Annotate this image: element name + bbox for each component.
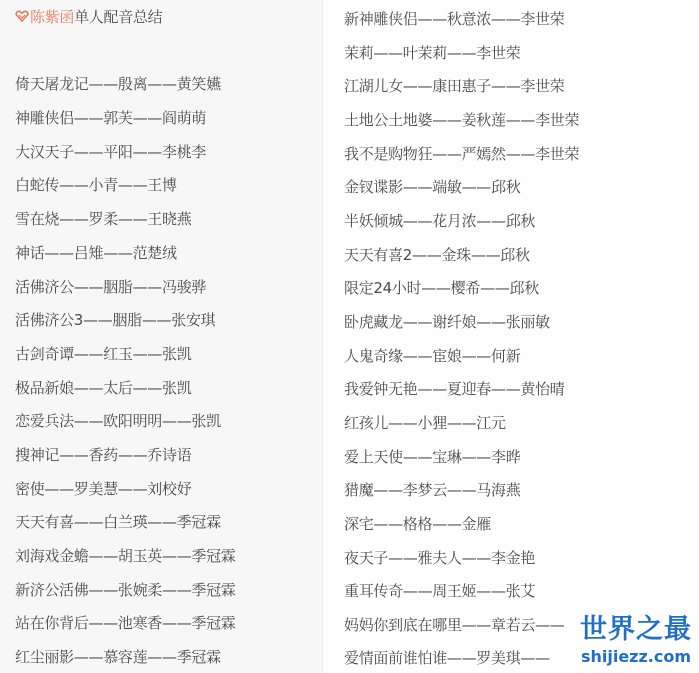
list-item: 新济公活佛——张婉柔——季冠霖 [15,580,236,600]
list-item: 古剑奇谭——红玉——张凯 [15,344,191,364]
list-item: 倚天屠龙记——殷离——黄笑嬿 [15,74,221,94]
heart-diamond-icon [15,8,29,22]
list-item: 我不是购物狂——严嫣然——李世荣 [344,144,579,164]
list-item: 妈妈你到底在哪里——章若云—— [344,615,565,635]
list-item: 深宅——格格——金雁 [344,514,491,534]
list-item: 刘海戏金蟾——胡玉英——季冠霖 [15,546,236,566]
list-item: 猎魔——李梦云——马海燕 [344,480,520,500]
list-item: 重耳传奇——周王姬——张艾 [344,581,535,601]
list-item: 夜天子——雅夫人——李金艳 [344,548,535,568]
list-item: 极品新娘——太后——张凯 [15,378,191,398]
list-item: 金钗谍影——端敏——邱秋 [344,177,520,197]
watermark-logo: 世界之最 shijiezz.com [577,614,695,670]
list-item: 大汉天子——平阳——李桃李 [15,142,206,162]
list-item: 新神雕侠侣——秋意浓——李世荣 [344,9,565,29]
list-item: 天天有喜2——金珠——邱秋 [344,245,530,265]
list-item: 神雕侠侣——郭芙——阎萌萌 [15,108,206,128]
list-item: 限定24小时——樱希——邱秋 [344,278,539,298]
list-item: 密使——罗美慧——刘校妤 [15,479,191,499]
list-item: 半妖倾城——花月浓——邱秋 [344,211,535,231]
list-item: 活佛济公3——胭脂——张安琪 [15,310,215,330]
list-item: 神话——吕雉——范楚绒 [15,243,177,263]
list-item: 雪在烧——罗柔——王晓燕 [15,209,191,229]
list-item: 爱情面前谁怕谁——罗美琪—— [344,648,550,668]
list-item: 恋爱兵法——欧阳明明——张凯 [15,411,221,431]
list-item: 土地公土地婆——姜秋莲——李世荣 [344,110,579,130]
list-item: 天天有喜——白兰瑛——季冠霖 [15,512,221,532]
list-item: 站在你背后——池寒香——季冠霖 [15,613,236,633]
actress-name: 陈紫函 [30,8,74,26]
list-item: 搜神记——香药——乔诗语 [15,445,191,465]
page-heading: 陈紫函单人配音总结 [15,7,162,27]
list-item: 江湖儿女——康田惠子——李世荣 [344,76,565,96]
list-item: 卧虎藏龙——谢纤娘——张丽敏 [344,312,550,332]
list-item: 爱上天使——宝琳——李晔 [344,447,520,467]
watermark-url: shijiezz.com [577,647,695,667]
watermark-cn: 世界之最 [577,614,695,646]
list-item: 活佛济公——胭脂——冯骏骅 [15,277,206,297]
list-item: 红尘丽影——慕容莲——季冠霖 [15,647,221,667]
heading-suffix: 单人配音总结 [74,8,162,26]
right-column: 新神雕侠侣——秋意浓——李世荣 茉莉——叶茉莉——李世荣 江湖儿女——康田惠子—… [323,0,699,673]
list-item: 茉莉——叶茉莉——李世荣 [344,43,520,63]
list-item: 红孩儿——小狸——江元 [344,413,506,433]
list-item: 白蛇传——小青——王博 [15,175,177,195]
left-column: 陈紫函单人配音总结 倚天屠龙记——殷离——黄笑嬿 神雕侠侣——郭芙——阎萌萌 大… [0,0,323,673]
list-item: 人鬼奇缘——宦娘——何新 [344,346,520,366]
list-item: 我爱钟无艳——夏迎春——黄怡晴 [344,379,565,399]
